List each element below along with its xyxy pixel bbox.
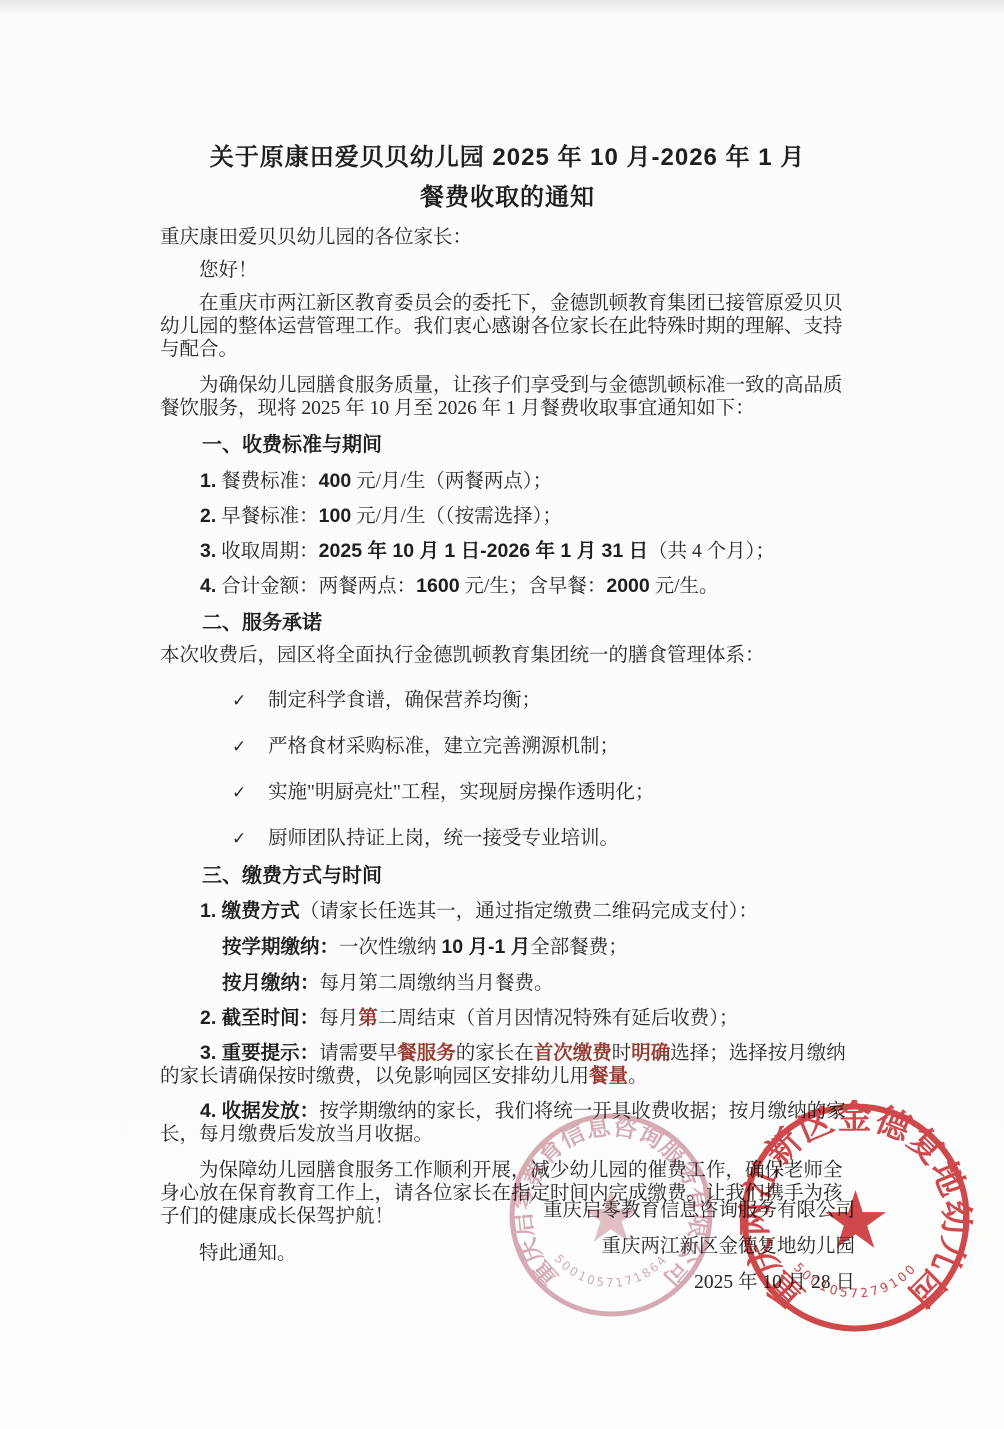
intro-paragraph: 在重庆市两江新区教育委员会的委托下，金德凯顿教育集团已接管原爱贝贝幼儿园的整体运… bbox=[160, 292, 855, 361]
note-text: 。 bbox=[628, 1066, 648, 1087]
item-label: 收取周期： bbox=[216, 541, 318, 562]
signature-date: 2025 年 10 月 28 日 bbox=[543, 1265, 855, 1301]
item-label: 早餐标准： bbox=[216, 506, 318, 527]
document-content: 关于原康田爱贝贝幼儿园 2025 年 10 月-2026 年 1 月餐费收取的通… bbox=[160, 0, 855, 1265]
checklist-item-chefs: ✓厨师团队持证上岗，统一接受专业培训。 bbox=[160, 827, 855, 851]
red-text: 第 bbox=[358, 1007, 378, 1029]
signature-company: 重庆启零教育信息咨询服务有限公司 bbox=[543, 1193, 855, 1229]
sub-label: 按学期缴纳： bbox=[222, 936, 339, 958]
checklist-item-text: 实施"明厨亮灶"工程，实现厨房操作透明化； bbox=[268, 782, 654, 803]
note-text: 的家长在 bbox=[456, 1043, 534, 1064]
section-2-heading: 二、服务承诺 bbox=[160, 610, 855, 636]
fee-amount: 400 bbox=[319, 470, 352, 492]
item-pre: 每月 bbox=[319, 1008, 358, 1029]
section-3-heading: 三、缴费方式与时间 bbox=[160, 863, 855, 889]
item-unit: 元/月/生（（按需选择）； bbox=[351, 506, 562, 527]
deadline-item: 2. 截至时间：每月第二周结束（首月因情况特殊有延后收费）； bbox=[160, 1007, 855, 1030]
sub-tail: 全部餐费； bbox=[530, 937, 628, 958]
checklist-item-text: 严格食材采购标准，建立完善溯源机制； bbox=[268, 736, 619, 757]
section-1-heading: 一、收费标准与期间 bbox=[160, 432, 855, 458]
item-label: 1. 缴费方式 bbox=[200, 900, 300, 922]
fee-amount: 100 bbox=[319, 505, 352, 527]
checklist-item-text: 厨师团队持证上岗，统一接受专业培训。 bbox=[268, 828, 619, 849]
item-label: 4. 收据发放： bbox=[200, 1100, 319, 1122]
receipt-item: 4. 收据发放：按学期缴纳的家长，我们将统一开具收费收据；按月缴纳的家长，每月缴… bbox=[160, 1100, 855, 1146]
red-text: 餐量 bbox=[589, 1065, 628, 1087]
item-tail: 元/生。 bbox=[650, 576, 719, 597]
fee-item-period: 3. 收取周期：2025 年 10 月 1 日-2026 年 1 月 31 日（… bbox=[160, 540, 855, 563]
item-rest: （请家长任选其一，通过指定缴费二维码完成支付）： bbox=[300, 901, 758, 922]
purpose-paragraph: 为确保幼儿园膳食服务质量，让孩子们享受到与金德凯顿标准一致的高品质餐饮服务，现将… bbox=[160, 374, 855, 420]
item-number: 2. bbox=[200, 505, 216, 527]
item-label: 合计金额：两餐两点： bbox=[216, 576, 416, 597]
important-note-item: 3. 重要提示：请需要早餐服务的家长在首次缴费时明确选择；选择按月缴纳的家长请确… bbox=[160, 1042, 855, 1088]
item-unit: 元/月/生（两餐两点）； bbox=[351, 471, 552, 492]
check-icon: ✓ bbox=[232, 827, 268, 851]
doc-title-line-2: 餐费收取的通知 bbox=[160, 178, 855, 218]
sub-label: 按月缴纳： bbox=[222, 972, 320, 994]
salutation: 重庆康田爱贝贝幼儿园的各位家长： bbox=[160, 226, 855, 249]
sub-pre: 一次性缴纳 bbox=[339, 937, 441, 958]
fee-item-total: 4. 合计金额：两餐两点：1600 元/生；含早餐：2000 元/生。 bbox=[160, 575, 855, 598]
note-text: 请需要早 bbox=[319, 1043, 397, 1064]
item-label: 2. 截至时间： bbox=[200, 1007, 319, 1029]
check-icon: ✓ bbox=[232, 735, 268, 759]
signature-kindergarten: 重庆两江新区金德复地幼儿园 bbox=[543, 1229, 855, 1265]
total-amount-with-breakfast: 2000 bbox=[606, 575, 649, 597]
red-text: 明确 bbox=[631, 1042, 670, 1064]
checklist-item-text: 制定科学食谱，确保营养均衡； bbox=[268, 690, 541, 711]
service-intro: 本次收费后，园区将全面执行金德凯顿教育集团统一的膳食管理体系： bbox=[160, 644, 855, 667]
checklist-item-kitchen: ✓实施"明厨亮灶"工程，实现厨房操作透明化； bbox=[160, 781, 855, 805]
month-range: 10 月-1 月 bbox=[441, 936, 530, 958]
total-amount-meals: 1600 bbox=[416, 575, 459, 597]
checklist-item-menu: ✓制定科学食谱，确保营养均衡； bbox=[160, 689, 855, 713]
doc-title: 关于原康田爱贝贝幼儿园 2025 年 10 月-2026 年 1 月餐费收取的通… bbox=[160, 138, 855, 218]
item-label: 餐费标准： bbox=[216, 471, 318, 492]
check-icon: ✓ bbox=[232, 781, 268, 805]
item-unit: （共 4 个月）； bbox=[648, 541, 775, 562]
check-icon: ✓ bbox=[232, 689, 268, 713]
period-dates: 2025 年 10 月 1 日-2026 年 1 月 31 日 bbox=[319, 540, 649, 562]
item-rest: 二周结束（首月因情况特殊有延后收费）； bbox=[378, 1008, 739, 1029]
red-text: 首次缴费 bbox=[534, 1042, 612, 1064]
doc-title-line-1: 关于原康田爱贝贝幼儿园 2025 年 10 月-2026 年 1 月 bbox=[160, 138, 855, 178]
fee-item-breakfast: 2. 早餐标准：100 元/月/生（（按需选择）； bbox=[160, 505, 855, 528]
semester-payment-line: 按学期缴纳：一次性缴纳 10 月-1 月全部餐费； bbox=[160, 936, 855, 959]
item-number: 1. bbox=[200, 470, 216, 492]
fee-item-meal: 1. 餐费标准：400 元/月/生（两餐两点）； bbox=[160, 470, 855, 493]
item-number: 4. bbox=[200, 575, 216, 597]
signature-block: 重庆启零教育信息咨询服务有限公司 重庆两江新区金德复地幼儿园 2025 年 10… bbox=[543, 1193, 855, 1301]
greeting-line: 您好！ bbox=[160, 259, 855, 282]
item-label: 3. 重要提示： bbox=[200, 1042, 319, 1064]
item-number: 3. bbox=[200, 540, 216, 562]
checklist-item-sourcing: ✓严格食材采购标准，建立完善溯源机制； bbox=[160, 735, 855, 759]
item-mid: 元/生；含早餐： bbox=[460, 576, 607, 597]
note-text: 时 bbox=[612, 1043, 632, 1064]
monthly-payment-line: 按月缴纳：每月第二周缴纳当月餐费。 bbox=[160, 972, 855, 995]
red-text: 餐服务 bbox=[397, 1042, 456, 1064]
service-checklist: ✓制定科学食谱，确保营养均衡； ✓严格食材采购标准，建立完善溯源机制； ✓实施"… bbox=[160, 689, 855, 851]
notice-document-page: 关于原康田爱贝贝幼儿园 2025 年 10 月-2026 年 1 月餐费收取的通… bbox=[0, 0, 1004, 1429]
sub-rest: 每月第二周缴纳当月餐费。 bbox=[320, 973, 554, 994]
payment-method-item: 1. 缴费方式（请家长任选其一，通过指定缴费二维码完成支付）： bbox=[160, 900, 855, 923]
